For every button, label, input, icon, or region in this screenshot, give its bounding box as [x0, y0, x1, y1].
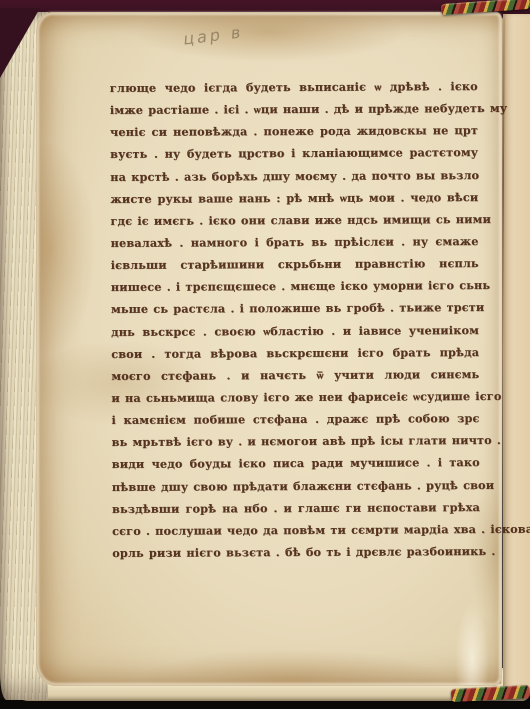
manuscript-text-block: глюще чедо ієгда будеть вьписаніє ѡ дрѣв…	[110, 75, 481, 564]
manuscript-line: і камєнієм побише стєфана . дражє прѣ со…	[111, 407, 479, 431]
manuscript-line: імже растіаше . ієі . ѡци наши . дѣ и пр…	[110, 97, 478, 121]
manuscript-line: вьздѣвши горѣ на нбо . и глашє ги нєпост…	[112, 496, 480, 520]
manuscript-line: гдє іє имєгь . ієко они слави иже ндсь и…	[110, 208, 478, 232]
manuscript-line: невалахѣ . намного і брать вь прѣіслєи .…	[111, 230, 479, 254]
manuscript-line: види чедо боуды ієко писа ради мучишисе …	[112, 451, 480, 475]
manuscript-line: вь мрьтвѣ ієго ву . и нємогои авѣ прѣ іс…	[112, 429, 480, 453]
manuscript-line: нишесе . і трєпєщєшесе . мнєще ієко умор…	[111, 274, 479, 298]
manuscript-photo: цар в глюще чедо ієгда будеть вьписаніє …	[0, 0, 530, 709]
manuscript-line: вуєть . ну будеть црство і кланіающимсе …	[110, 141, 478, 165]
manuscript-line: ієвльши старѣишини скрьбьни правнстію нє…	[111, 252, 479, 276]
manuscript-line: на крстѣ . азь борѣхь дшу моєму . да поч…	[110, 164, 478, 188]
manuscript-line: глюще чедо ієгда будеть вьписаніє ѡ дрѣв…	[110, 75, 478, 99]
manuscript-line: днь вьскрсє . своєю ѡбластію . и іависе …	[111, 319, 479, 343]
manuscript-line: свои . тогда вѣрова вьскрєшєни ієго брат…	[111, 341, 479, 365]
manuscript-line: мьше сь растєла . і положише вь гробѣ . …	[111, 296, 479, 320]
manuscript-line: жисте рукы ваше нань : рѣ мнѣ ѡць мои . …	[110, 186, 478, 210]
manuscript-line: и на сьньмища слову ієго же неи фарисеіє…	[111, 385, 479, 409]
manuscript-line: моєго стєфань . и начєть ѿ учити люди си…	[111, 363, 479, 387]
facing-page-sliver	[503, 14, 530, 690]
manuscript-line: ченіє си неповѣжда . понеже рода жидовск…	[110, 119, 478, 143]
manuscript-line: орль ризи нієго вьзєта . бѣ бо ть і дрєв…	[112, 540, 480, 564]
manuscript-line: пѣвше дшу свою прѣдати блажєни стєфань .…	[112, 474, 480, 498]
manuscript-line: сєго . послушаи чедо да повѣм ти сємрти …	[112, 518, 480, 542]
